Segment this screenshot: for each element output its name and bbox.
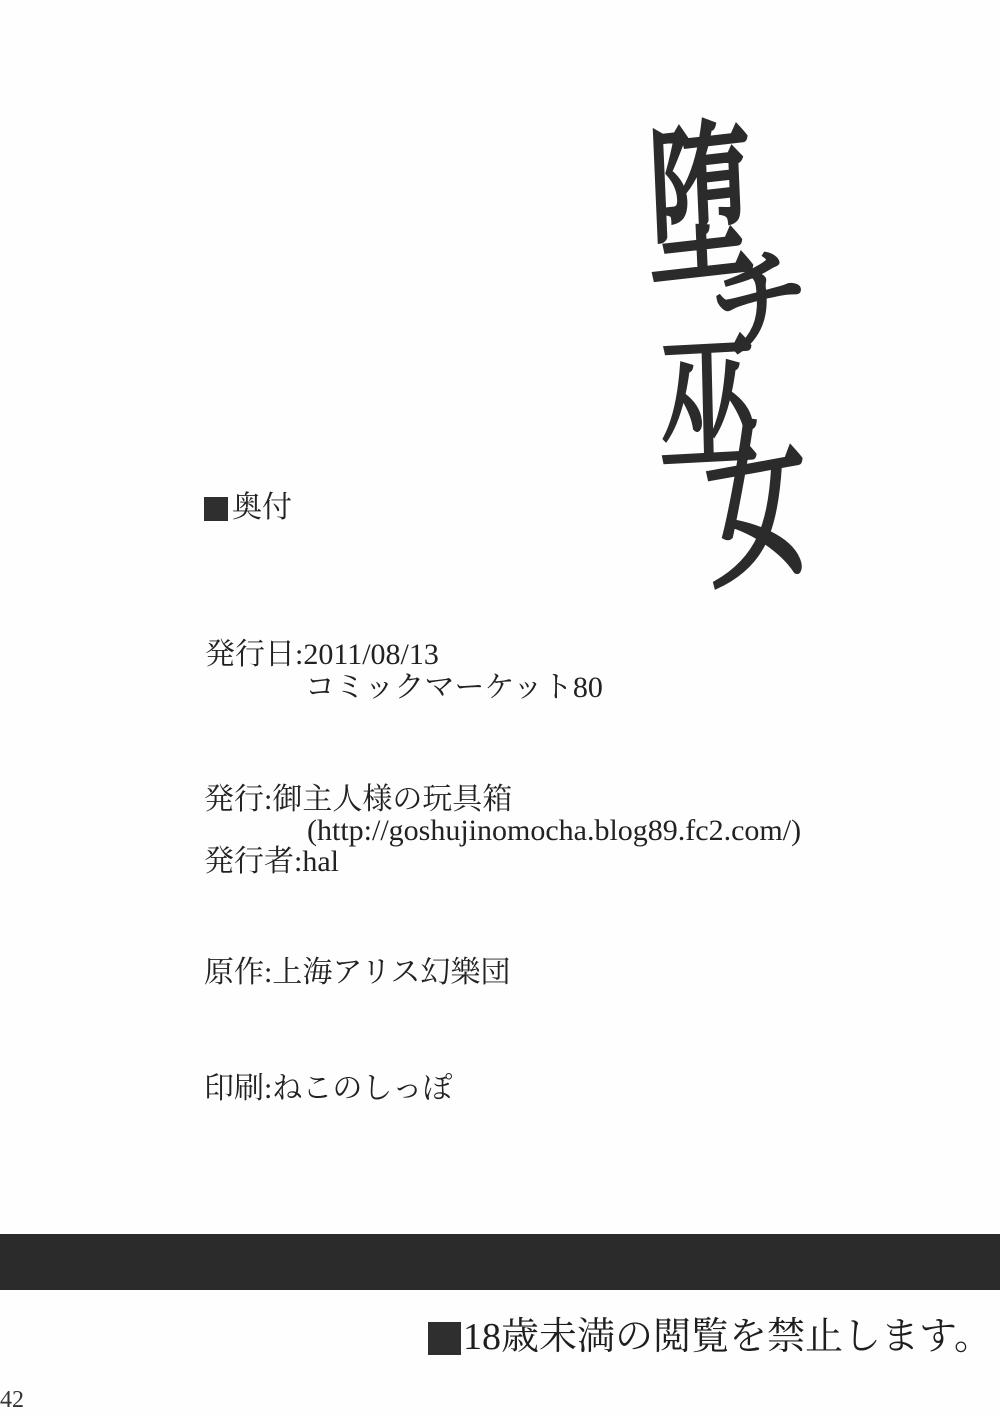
original-work-line: 原作:上海アリス幻樂団 (204, 958, 511, 988)
publisher-person-line: 発行者:hal (204, 847, 339, 877)
square-bullet-icon (428, 1322, 461, 1355)
publisher-line: 発行:御主人様の玩具箱 (204, 785, 512, 815)
colophon-page: 堕 チ 巫 女 奥付 発行日:2011/08/13 コミックマーケット80 発行… (0, 0, 1000, 1416)
square-bullet-icon (204, 497, 228, 521)
event-line: コミックマーケット80 (305, 673, 603, 703)
colophon-heading: 奥付 (204, 493, 292, 523)
footer-divider-bar (0, 1234, 1000, 1290)
page-number: 42 (0, 1388, 24, 1412)
age-warning: 18歳未満の閲覧を禁止します。 (428, 1316, 992, 1360)
colophon-heading-label: 奥付 (232, 493, 292, 523)
age-warning-text: 18歳未満の閲覧を禁止します。 (463, 1316, 992, 1360)
printing-line: 印刷:ねこのしっぽ (204, 1074, 452, 1104)
publisher-url-line: (http://goshujinomocha.blog89.fc2.com/) (307, 816, 801, 846)
title-char-4: 女 (702, 411, 813, 602)
publish-date-line: 発行日:2011/08/13 (205, 640, 439, 670)
